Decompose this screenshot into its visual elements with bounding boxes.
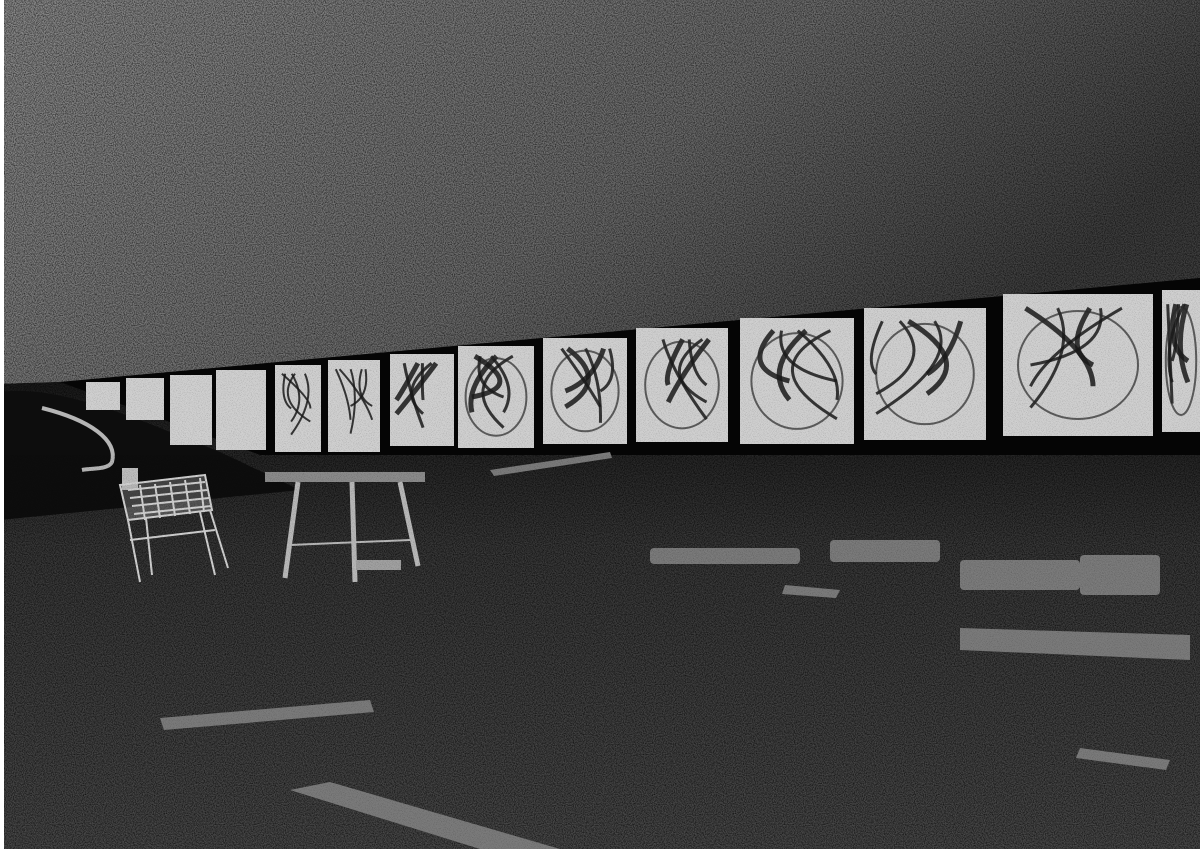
painting-panel: [275, 365, 321, 452]
photo-canvas: [0, 0, 1200, 849]
painting-panel: [458, 346, 534, 448]
painting-panel: [1162, 290, 1200, 432]
painting-panel: [328, 360, 380, 452]
painting-panel: [170, 375, 212, 445]
photograph: [0, 0, 1200, 849]
painting-panel: [86, 382, 120, 410]
painting-panel: [740, 318, 854, 444]
painting-panel: [636, 328, 728, 442]
painting-panel: [1003, 294, 1153, 436]
painting-panel: [126, 378, 164, 420]
painting-panel: [864, 308, 986, 440]
painting-panel: [543, 338, 627, 444]
painting-panel: [390, 354, 454, 446]
painting-panel: [216, 370, 266, 450]
